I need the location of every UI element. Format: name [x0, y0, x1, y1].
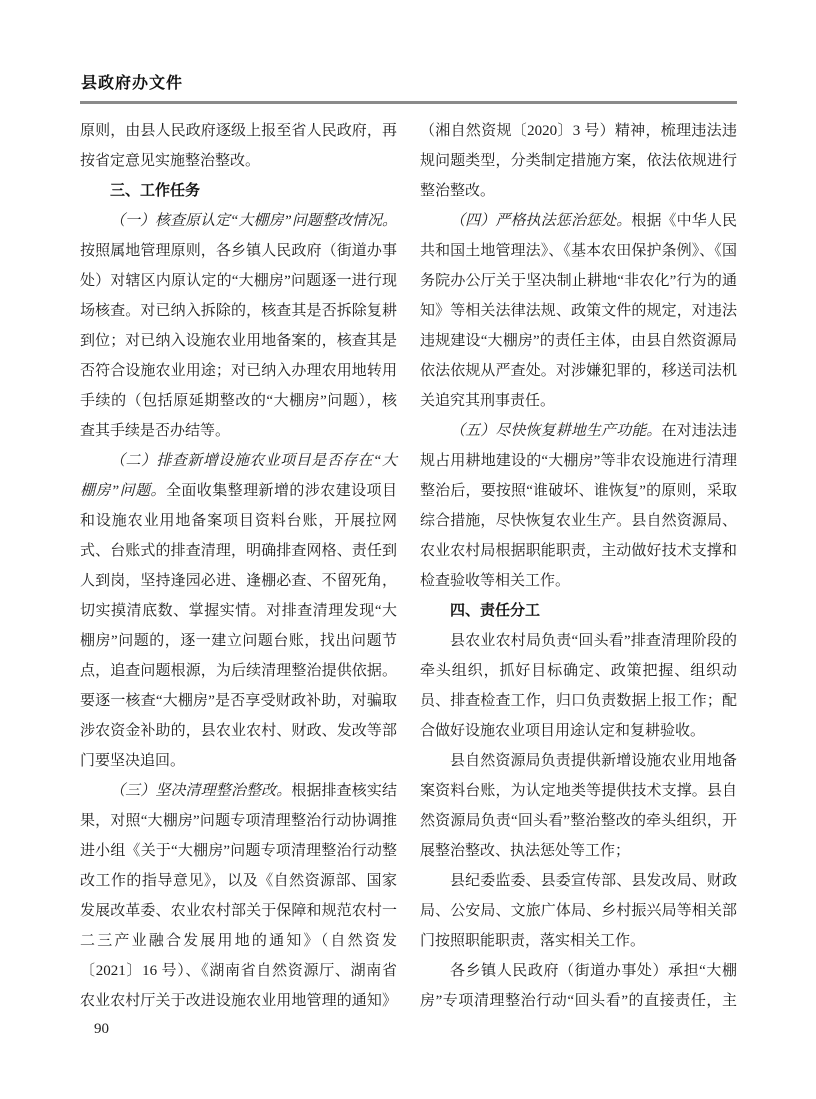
page-number: 90 — [94, 1021, 109, 1038]
item-lead: （五）尽快恢复耕地生产功能。 — [450, 423, 662, 439]
running-head-title: 县政府办文件 — [81, 70, 183, 93]
document-body-two-columns: 原则，由县人民政府逐级上报至省人民政府，再按省定意见实施整治整改。 三、工作任务… — [80, 116, 737, 1018]
paragraph-item-2: （二）排查新增设施农业项目是否存在“大棚房”问题。全面收集整理新增的涉农建设项目… — [80, 446, 397, 776]
paragraph-item-4: （四）严格执法惩治惩处。根据《中华人民共和国土地管理法》、《基本农田保护条例》、… — [420, 206, 737, 416]
section-heading-4: 四、责任分工 — [420, 596, 737, 626]
item-text: 按照属地管理原则，各乡镇人民政府（街道办事处）对辖区内原认定的“大棚房”问题逐一… — [80, 243, 397, 439]
item-text: 根据《中华人民共和国土地管理法》、《基本农田保护条例》、《国务院办公厅关于坚决制… — [420, 213, 737, 409]
paragraph-continuation: 原则，由县人民政府逐级上报至省人民政府，再按省定意见实施整治整改。 — [80, 116, 397, 176]
paragraph-body: 县纪委监委、县委宣传部、县发改局、财政局、公安局、文旅广体局、乡村振兴局等相关部… — [420, 866, 737, 956]
header-divider-rule — [80, 101, 737, 104]
item-text: 全面收集整理新增的涉农建设项目和设施农业用地备案项目资料台账，开展拉网式、台账式… — [80, 483, 397, 769]
item-text: 在对违法违规占用耕地建设的“大棚房”等非农设施进行清理整治后，要按照“谁破坏、谁… — [420, 423, 737, 589]
document-page: 县政府办文件 原则，由县人民政府逐级上报至省人民政府，再按省定意见实施整治整改。… — [0, 0, 816, 1099]
section-heading-3: 三、工作任务 — [80, 176, 397, 206]
paragraph-body: 县农业农村局负责“回头看”排查清理阶段的牵头组织，抓好目标确定、政策把握、组织动… — [420, 626, 737, 746]
paragraph-body: 县自然资源局负责提供新增设施农业用地备案资料台账，为认定地类等提供技术支撑。县自… — [420, 746, 737, 866]
item-lead: （一）核查原认定“大棚房”问题整改情况。 — [110, 213, 397, 229]
paragraph-item-1: （一）核查原认定“大棚房”问题整改情况。按照属地管理原则，各乡镇人民政府（街道办… — [80, 206, 397, 446]
paragraph-item-5: （五）尽快恢复耕地生产功能。在对违法违规占用耕地建设的“大棚房”等非农设施进行清… — [420, 416, 737, 596]
item-lead: （四）严格执法惩治惩处。 — [450, 213, 631, 229]
item-lead: （三）坚决清理整治整改。 — [110, 783, 291, 799]
